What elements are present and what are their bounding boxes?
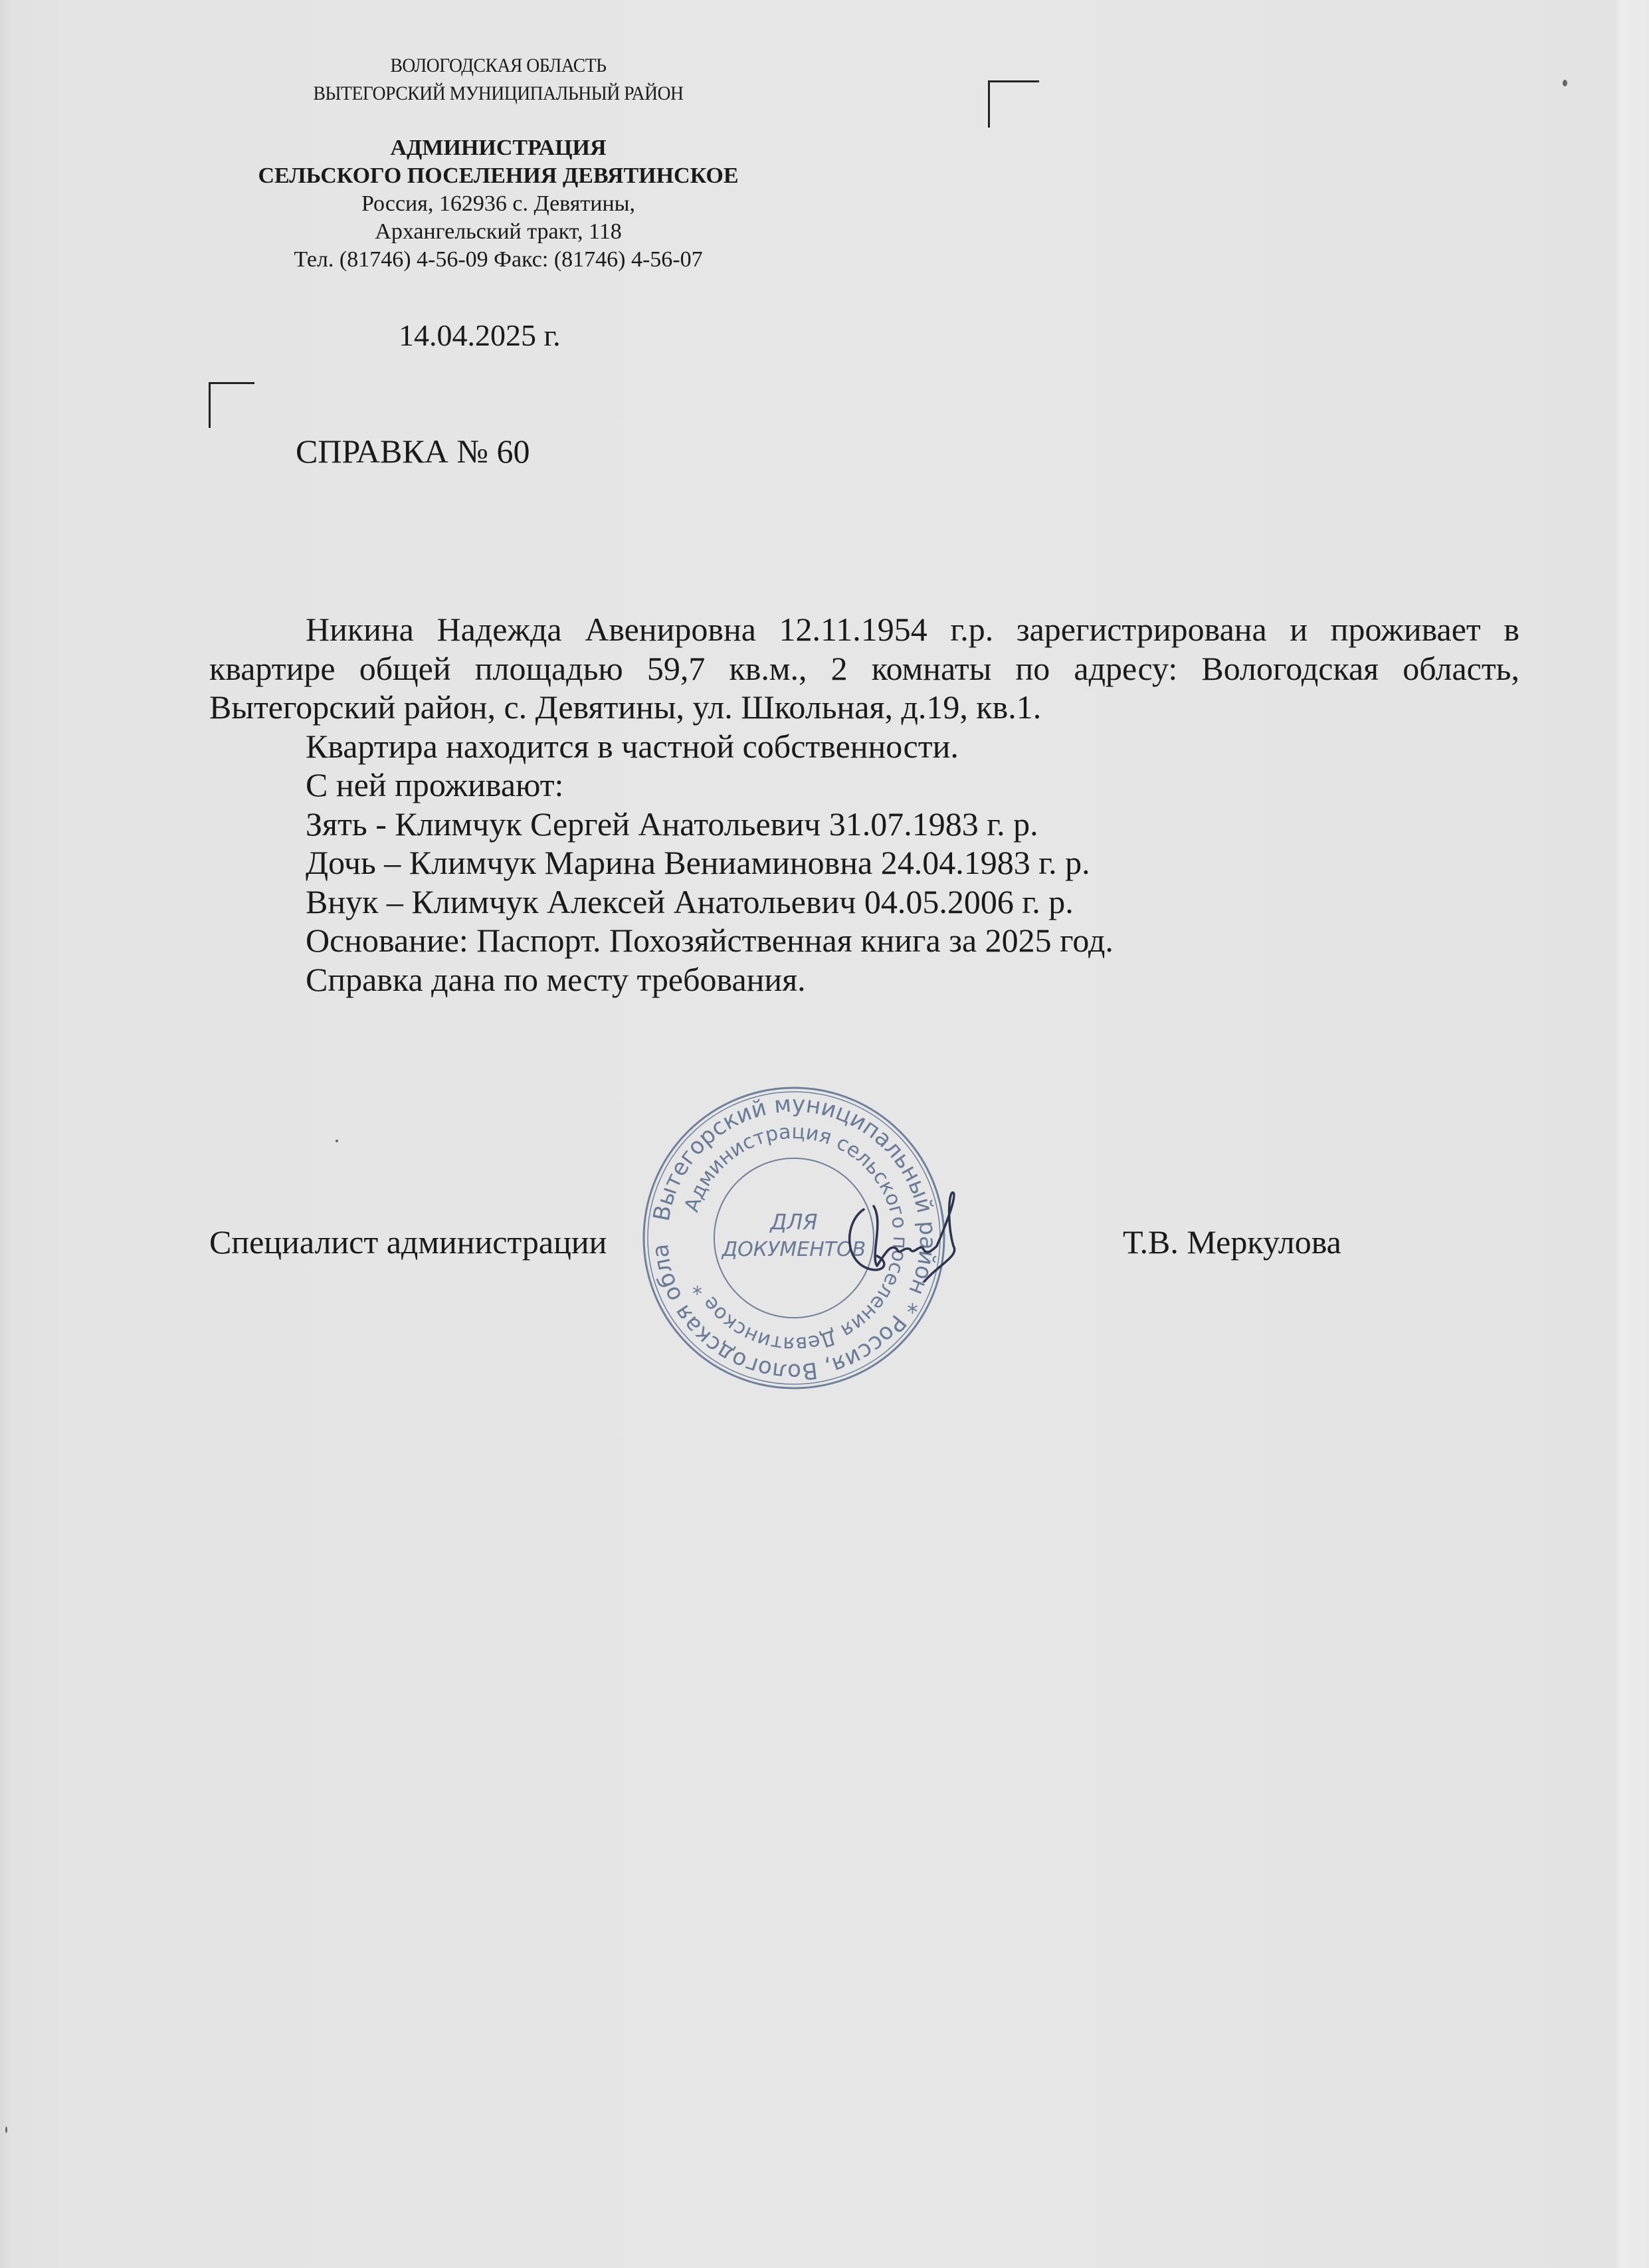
resident-item: Внук – Климчук Алексей Анатольевич 04.05…	[209, 882, 1519, 922]
letterhead-org-line1: АДМИНИСТРАЦИЯ	[199, 134, 797, 162]
resident-item: Дочь – Климчук Марина Вениаминовна 24.04…	[209, 843, 1519, 882]
letterhead: ВОЛОГОДСКАЯ ОБЛАСТЬ ВЫТЕГОРСКИЙ МУНИЦИПА…	[199, 52, 797, 274]
handwritten-signature-icon	[837, 1183, 1036, 1283]
main-paragraph: Никина Надежда Авенировна 12.11.1954 г.р…	[209, 610, 1519, 727]
purpose-line: Справка дана по месту требования.	[209, 960, 1519, 999]
signatory-role: Специалист администрации	[209, 1223, 607, 1261]
document-date: 14.04.2025 г.	[399, 318, 561, 353]
letterhead-address-line2: Архангельский тракт, 118	[199, 218, 797, 246]
document-title: СПРАВКА № 60	[296, 432, 530, 470]
paper-speck	[5, 2126, 7, 2133]
basis-line: Основание: Паспорт. Похозяйственная книг…	[209, 921, 1519, 960]
letterhead-contacts: Тел. (81746) 4-56-09 Факс: (81746) 4-56-…	[199, 246, 797, 274]
letterhead-region: ВОЛОГОДСКАЯ ОБЛАСТЬ	[223, 52, 773, 80]
document-page: ВОЛОГОДСКАЯ ОБЛАСТЬ ВЫТЕГОРСКИЙ МУНИЦИПА…	[0, 0, 1649, 2268]
ownership-line: Квартира находится в частной собственнос…	[209, 727, 1519, 766]
letterhead-org-line2: СЕЛЬСКОГО ПОСЕЛЕНИЯ ДЕВЯТИНСКОЕ	[199, 162, 797, 190]
signatory-name: Т.В. Меркулова	[1123, 1223, 1341, 1261]
resident-item: Зять - Климчук Сергей Анатольевич 31.07.…	[209, 805, 1519, 844]
letterhead-address-line1: Россия, 162936 с. Девятины,	[199, 190, 797, 218]
stamp-center-line1: ДЛЯ	[769, 1209, 817, 1235]
document-body: Никина Надежда Авенировна 12.11.1954 г.р…	[209, 610, 1519, 999]
paper-speck	[336, 1140, 338, 1142]
paper-speck	[1563, 80, 1567, 86]
letterhead-district: ВЫТЕГОРСКИЙ МУНИЦИПАЛЬНЫЙ РАЙОН	[223, 80, 773, 108]
corner-mark-right	[988, 80, 1039, 128]
corner-mark-left	[209, 382, 254, 428]
residents-intro: С ней проживают:	[209, 766, 1519, 805]
